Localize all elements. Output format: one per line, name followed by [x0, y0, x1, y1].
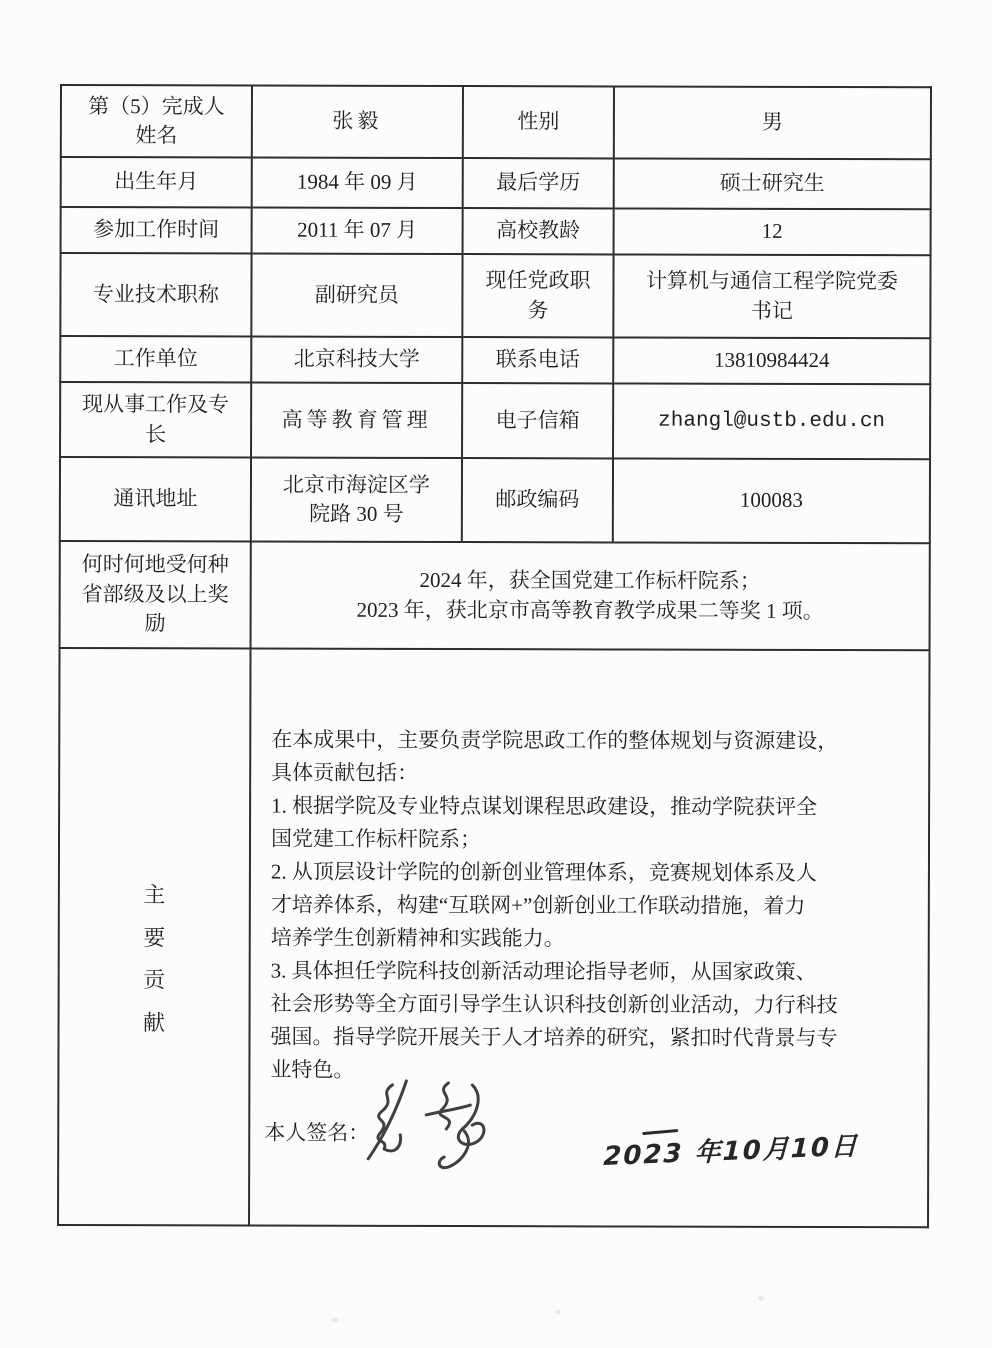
vertical-label-char: 要 — [143, 923, 165, 954]
label-mailing-address: 通讯地址 — [60, 457, 251, 541]
label-contributor-name: 第（5）完成人 姓名 — [61, 85, 252, 157]
value-current-work: 高等教育管理 — [251, 383, 462, 459]
date-handwritten: 2023 年10月10日 — [603, 1129, 860, 1176]
label-teaching-age: 高校教龄 — [463, 208, 614, 254]
label-work-start: 参加工作时间 — [61, 207, 252, 253]
value-postal-code: 100083 — [613, 458, 930, 543]
value-employer: 北京科技大学 — [251, 337, 462, 384]
value-awards: 2024 年，获全国党建工作标杆院系； 2023 年，获北京市高等教育教学成果二… — [251, 542, 930, 651]
value-gender: 男 — [614, 86, 931, 159]
scan-speck — [758, 1296, 764, 1301]
value-work-start: 2011 年 07 月 — [252, 208, 463, 255]
label-email: 电子信箱 — [462, 383, 613, 458]
label-phone: 联系电话 — [462, 337, 613, 383]
cell-main-contribution: 在本成果中，主要负责学院思政工作的整体规划与资源建设， 具体贡献包括： 1. 根… — [249, 649, 930, 1228]
value-mailing-address: 北京市海淀区学 院路 30 号 — [251, 458, 462, 543]
value-party-position: 计算机与通信工程学院党委 书记 — [613, 254, 930, 338]
value-email: zhangl@ustb.edu.cn — [613, 383, 930, 459]
label-postal-code: 邮政编码 — [462, 458, 613, 542]
scanned-form-sheet: 第（5）完成人 姓名 张毅 性别 男 出生年月 1984 年 09 月 最后学历… — [57, 84, 932, 1228]
row-birth-education: 出生年月 1984 年 09 月 最后学历 硕士研究生 — [61, 157, 931, 209]
contribution-text: 在本成果中，主要负责学院思政工作的整体规划与资源建设， 具体贡献包括： 1. 根… — [258, 710, 920, 1088]
row-workstart-teachingage: 参加工作时间 2011 年 07 月 高校教龄 12 — [61, 207, 931, 255]
row-title-position: 专业技术职称 副研究员 现任党政职 务 计算机与通信工程学院党委 书记 — [60, 253, 930, 338]
vertical-label-main-contribution: 主 要 贡 献 — [67, 834, 241, 1040]
label-professional-title: 专业技术职称 — [60, 253, 251, 336]
label-employer: 工作单位 — [60, 336, 251, 382]
vertical-label-char: 贡 — [143, 966, 165, 997]
row-awards: 何时何地受何种 省部级及以上奖 励 2024 年，获全国党建工作标杆院系； 20… — [60, 541, 930, 650]
label-birth-date: 出生年月 — [61, 157, 252, 207]
handwritten-stroke — [642, 1129, 678, 1135]
label-gender: 性别 — [463, 86, 614, 158]
value-professional-title: 副研究员 — [251, 254, 462, 338]
row-main-contribution: 主 要 贡 献 在本成果中，主要负责学院思政工作的整体规划与资源建设， 具体贡献… — [58, 648, 930, 1227]
value-contributor-name: 张毅 — [252, 86, 463, 159]
label-final-degree: 最后学历 — [463, 158, 614, 208]
row-name-gender: 第（5）完成人 姓名 张毅 性别 男 — [61, 85, 931, 159]
scan-speck — [556, 1310, 561, 1314]
label-awards: 何时何地受何种 省部级及以上奖 励 — [60, 541, 251, 648]
label-main-contribution: 主 要 贡 献 — [58, 648, 251, 1225]
signature-handwriting — [360, 1073, 510, 1178]
signature-name-text: 张毅 — [589, 1175, 590, 1176]
row-employer-phone: 工作单位 北京科技大学 联系电话 13810984424 — [60, 336, 930, 384]
main-contribution-content: 在本成果中，主要负责学院思政工作的整体规划与资源建设， 具体贡献包括： 1. 根… — [258, 681, 920, 1195]
value-final-degree: 硕士研究生 — [614, 158, 931, 209]
value-phone: 13810984424 — [613, 337, 930, 384]
vertical-label-char: 主 — [143, 880, 165, 911]
row-currentwork-email: 现从事工作及专 长 高等教育管理 电子信箱 zhangl@ustb.edu.cn — [60, 382, 930, 459]
signature-label: 本人签名： — [264, 1119, 369, 1149]
value-birth-date: 1984 年 09 月 — [252, 158, 463, 209]
label-current-work: 现从事工作及专 长 — [60, 382, 251, 457]
value-teaching-age: 12 — [614, 208, 931, 255]
vertical-label-char: 献 — [143, 1008, 165, 1039]
scan-speck — [332, 1318, 339, 1322]
contributor-info-table: 第（5）完成人 姓名 张毅 性别 男 出生年月 1984 年 09 月 最后学历… — [57, 84, 932, 1228]
row-address-postcode: 通讯地址 北京市海淀区学 院路 30 号 邮政编码 100083 — [60, 457, 930, 543]
label-party-position: 现任党政职 务 — [462, 254, 613, 337]
